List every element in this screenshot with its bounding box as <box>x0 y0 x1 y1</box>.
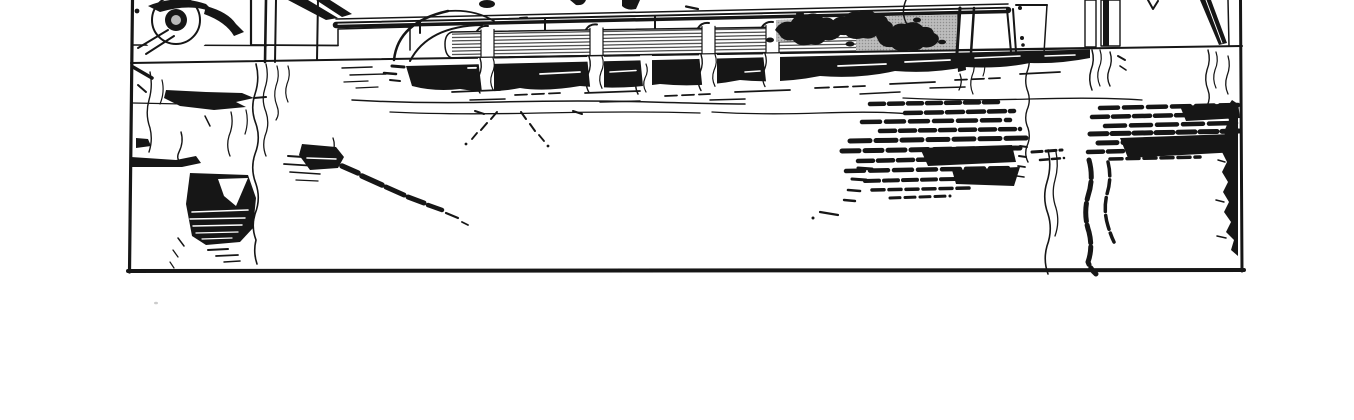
trees-right <box>1085 0 1229 47</box>
rivet-dot <box>1021 43 1025 47</box>
reflections-left <box>131 64 468 268</box>
bicycle-reflection-dashes <box>465 112 550 147</box>
reflections-right <box>812 50 1241 274</box>
tree-reflection-left-lobe <box>812 102 1027 220</box>
post-reflection-wavy-long <box>253 64 259 264</box>
twig-v-mark <box>1148 0 1158 9</box>
rivet-dot <box>1020 36 1024 40</box>
manga-panel-illustration <box>0 0 1354 420</box>
cart-wheel <box>135 0 244 58</box>
bicycle-handlebar <box>622 0 640 10</box>
bicycle-seat <box>479 0 495 8</box>
reflection-wavy-streak <box>1045 150 1051 274</box>
dark-streak-reflection <box>131 156 201 167</box>
rivet-dot <box>1018 6 1022 10</box>
reflection-dark-streak <box>1086 160 1096 274</box>
tree-reflection-right-lobe <box>1032 103 1240 160</box>
paper-speck <box>154 302 158 305</box>
fence-posts-left <box>265 0 352 62</box>
trunk-reflection-wavy <box>1026 52 1030 162</box>
wheel-hub <box>171 15 181 25</box>
cart-reflection-blob <box>164 90 254 110</box>
page-background <box>0 0 1354 420</box>
leaning-trunk <box>1200 0 1227 45</box>
bicycle-part <box>570 0 586 5</box>
